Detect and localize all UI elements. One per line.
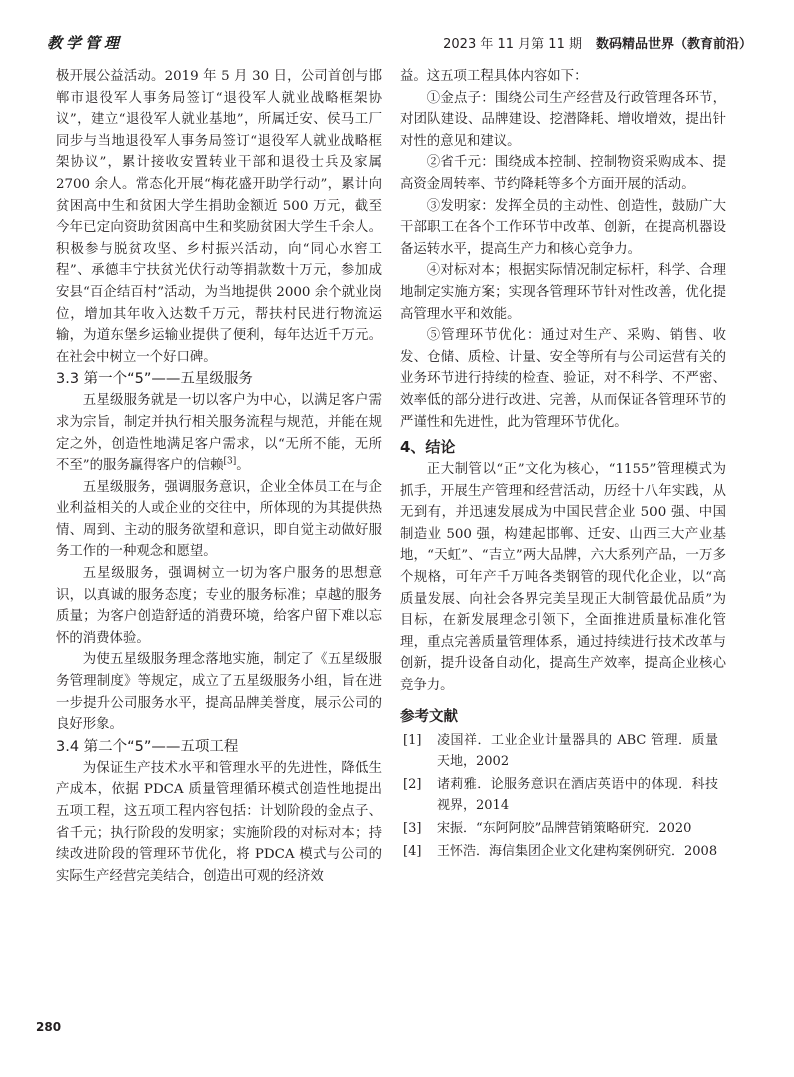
reference-text: 王怀浩．海信集团企业文化建构案例研究．2008 bbox=[431, 841, 726, 863]
page-number: 280 bbox=[36, 1020, 61, 1034]
reference-text: 诸莉雅．论服务意识在酒店英语中的体现．科技视界，2014 bbox=[431, 774, 726, 817]
paragraph-continued: 益。这五项工程具体内容如下： bbox=[400, 66, 726, 88]
paragraph-text: 五星级服务就是一切以客户为中心，以满足客户需求为宗旨，制定并执行相关服务流程与规… bbox=[56, 393, 382, 473]
reference-item: [3] 宋振．“东阿阿胶”品牌营销策略研究．2020 bbox=[400, 818, 726, 840]
paragraph: 为保证生产技术水平和管理水平的先进性，降低生产成本，依据 PDCA 质量管理循环… bbox=[56, 758, 382, 888]
section-heading-3-3: 3.3 第一个“5”——五星级服务 bbox=[56, 368, 382, 390]
references-heading: 参考文献 bbox=[400, 705, 726, 729]
list-item: ②省千元：围绕成本控制、控制物资采购成本、提高资金周转率、节约降耗等多个方面开展… bbox=[400, 152, 726, 195]
list-item: ④对标对本；根据实际情况制定标杆，科学、合理地制定实施方案；实现各管理环节针对性… bbox=[400, 260, 726, 325]
paragraph-text: 。 bbox=[236, 458, 249, 473]
reference-text: 宋振．“东阿阿胶”品牌营销策略研究．2020 bbox=[431, 818, 726, 840]
reference-item: [2] 诸莉雅．论服务意识在酒店英语中的体现．科技视界，2014 bbox=[400, 774, 726, 817]
right-column: 益。这五项工程具体内容如下： ①金点子：围绕公司生产经营及行政管理各环节，对团队… bbox=[400, 66, 726, 862]
paragraph: 正大制管以“正”文化为核心，“1155”管理模式为抓手，开展生产管理和经营活动，… bbox=[400, 459, 726, 697]
list-item: ①金点子：围绕公司生产经营及行政管理各环节，对团队建设、品牌建设、挖潜降耗、增收… bbox=[400, 88, 726, 153]
section-heading-conclusion: 4、结论 bbox=[400, 435, 726, 459]
list-item: ⑤管理环节优化：通过对生产、采购、销售、收发、仓储、质检、计量、安全等所有与公司… bbox=[400, 325, 726, 433]
running-header-journal: 2023 年 11 月第 11 期数码精品世界（教育前沿） bbox=[443, 33, 752, 52]
left-column: 极开展公益活动。2019 年 5 月 30 日，公司首创与邯郸市退役军人事务局签… bbox=[56, 66, 382, 887]
paragraph-continued: 极开展公益活动。2019 年 5 月 30 日，公司首创与邯郸市退役军人事务局签… bbox=[56, 66, 382, 368]
reference-number: [2] bbox=[400, 774, 431, 817]
reference-number: [1] bbox=[400, 730, 431, 773]
citation-link[interactable]: [3] bbox=[224, 457, 237, 467]
section-heading-3-4: 3.4 第二个“5”——五项工程 bbox=[56, 736, 382, 758]
reference-item: [4] 王怀浩．海信集团企业文化建构案例研究．2008 bbox=[400, 841, 726, 863]
paragraph: 五星级服务，强调服务意识，企业全体员工在与企业利益相关的人或企业的交往中，所体现… bbox=[56, 477, 382, 563]
reference-text: 凌国祥．工业企业计量器具的 ABC 管理．质量天地，2002 bbox=[431, 730, 726, 773]
reference-number: [3] bbox=[400, 818, 431, 840]
reference-list: [1] 凌国祥．工业企业计量器具的 ABC 管理．质量天地，2002 [2] 诸… bbox=[400, 730, 726, 863]
issue-info: 2023 年 11 月第 11 期 bbox=[443, 37, 582, 52]
journal-title: 数码精品世界（教育前沿） bbox=[596, 37, 752, 52]
reference-number: [4] bbox=[400, 841, 431, 863]
paragraph: 五星级服务就是一切以客户为中心，以满足客户需求为宗旨，制定并执行相关服务流程与规… bbox=[56, 390, 382, 476]
reference-item: [1] 凌国祥．工业企业计量器具的 ABC 管理．质量天地，2002 bbox=[400, 730, 726, 773]
paragraph: 为使五星级服务理念落地实施，制定了《五星级服务管理制度》等规定，成立了五星级服务… bbox=[56, 649, 382, 735]
list-item: ③发明家：发挥全员的主动性、创造性，鼓励广大干部职工在各个工作环节中改革、创新，… bbox=[400, 196, 726, 261]
running-header-section: 教学管理 bbox=[47, 32, 123, 53]
paragraph: 五星级服务，强调树立一切为客户服务的思想意识，以真诚的服务态度；专业的服务标准；… bbox=[56, 563, 382, 649]
